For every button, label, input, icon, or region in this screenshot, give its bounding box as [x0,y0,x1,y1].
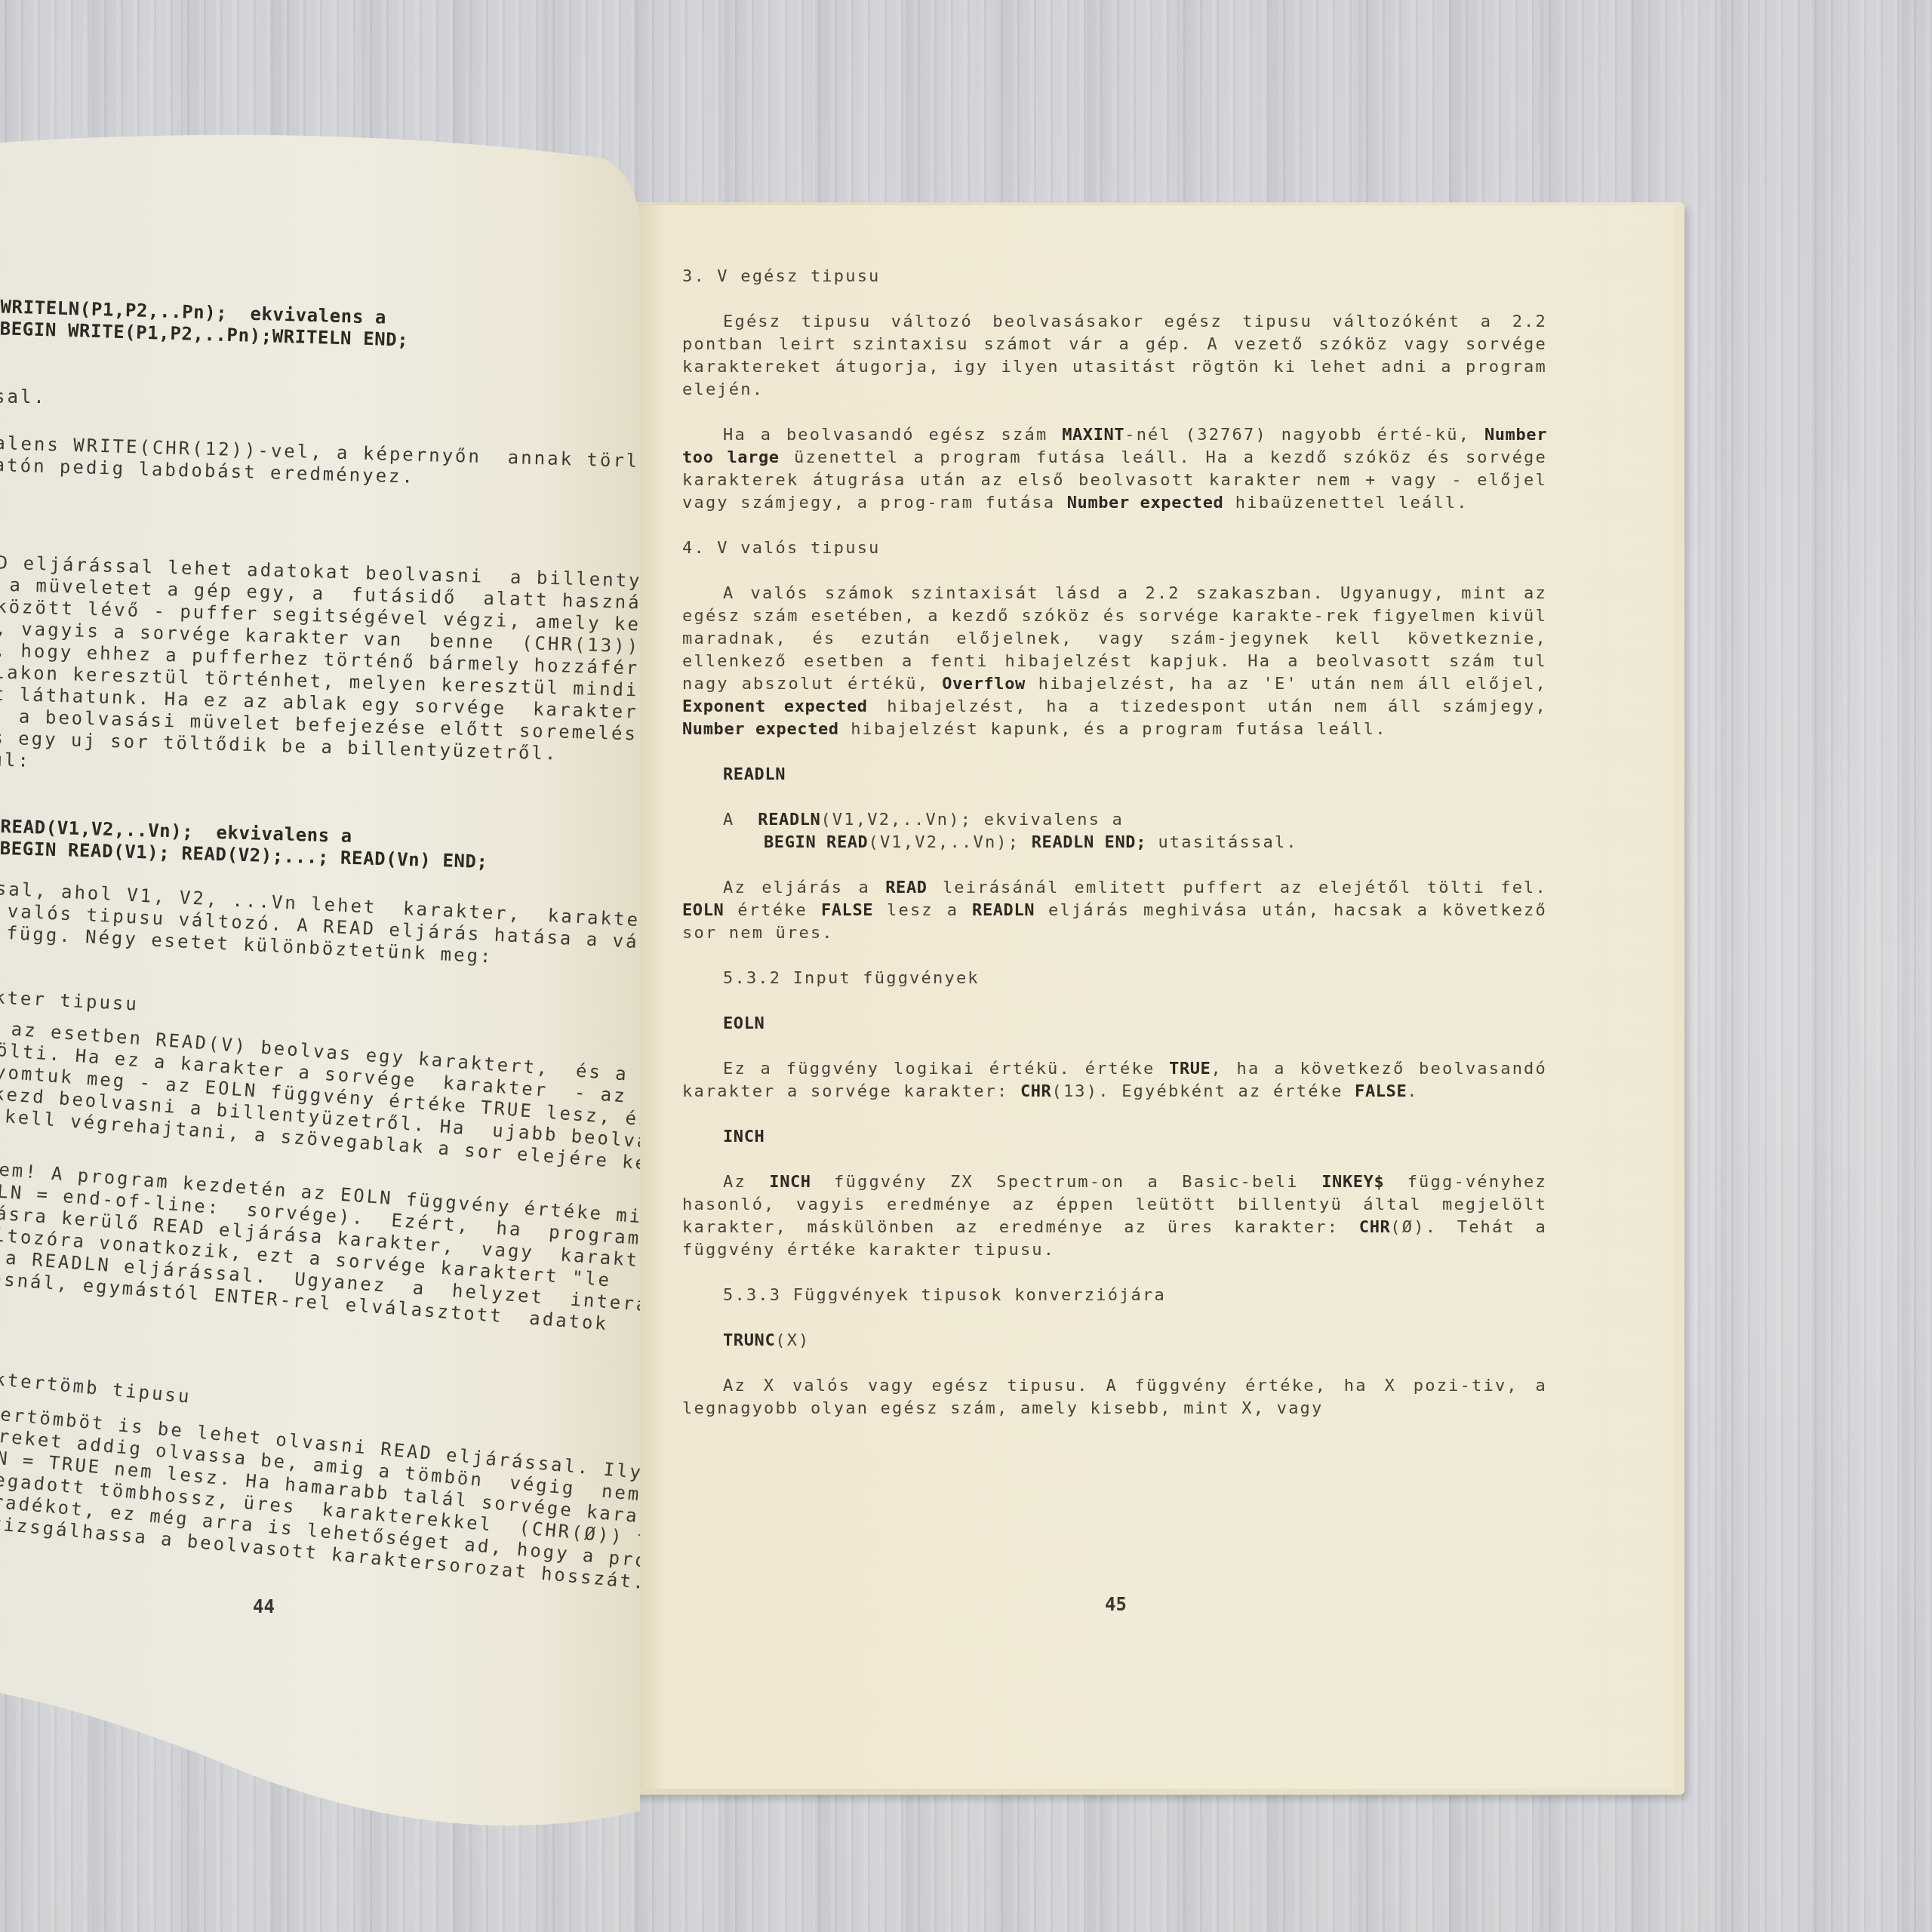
code-line-1: A READLN(V1,V2,..Vn); ekvivalens a [723,809,1547,832]
keyword: TRUE [1169,1060,1211,1078]
text: Az [723,1173,769,1192]
inch-heading: INCH [682,1126,1547,1149]
readln-heading: READLN [682,764,1547,786]
left-block-read-intro: D eljárással lehet adatokat beolvasni a … [0,552,640,790]
text: lesz a [873,901,972,920]
text: (X) [775,1331,810,1350]
left-block-sal: sal. [0,386,47,408]
text: értéke [724,901,820,920]
keyword: CHR [1359,1218,1391,1237]
keyword: INKEY$ [1321,1173,1384,1192]
readln-paragraph: Az eljárás a READ leirásánál emlitett pu… [682,877,1547,945]
readln-code-block: A READLN(V1,V2,..Vn); ekvivalens a BEGIN… [723,809,1547,854]
text: hibajelzést, ha az 'E' után nem áll előj… [1026,675,1547,694]
right-page: 3. V egész tipusu Egész tipusu változó b… [622,205,1674,1789]
left-block-write-chr12: alens WRITE(CHR(12))-vel, a képernyőn an… [0,432,640,494]
section-4-paragraph: A valós számok szintaxisát lásd a 2.2 sz… [682,583,1547,741]
right-page-content: 3. V egész tipusu Egész tipusu változó b… [682,266,1547,1443]
section-3-paragraph-1: Egész tipusu változó beolvasásakor egész… [682,311,1547,401]
left-block-eoln-note: em! A program kezdetén az EOLN függvény … [0,1159,640,1340]
keyword-maxint: MAXINT [1062,426,1124,445]
text: . [1407,1082,1418,1101]
keyword: INCH [769,1173,811,1192]
left-heading-karaktertomb-tipusu: ktertömb tipusu [0,1368,192,1408]
inch-paragraph: Az INCH függvény ZX Spectrum-on a Basic-… [682,1171,1547,1262]
text: A [723,811,758,829]
text: utasitással. [1146,833,1298,852]
text: függvény ZX Spectrum-on a Basic-beli [811,1173,1322,1192]
text-line: ktertömb tipusu [0,1368,192,1408]
text: -nél (32767) nagyobb érté-kü, [1124,426,1484,445]
left-heading-karakter-tipusu: kter tipusu [0,986,140,1015]
left-block-writeln-code: WRITELN(P1,P2,..Pn); ekvivalens a BEGIN … [0,296,409,351]
section-5-3-2-heading: 5.3.2 Input függvények [682,968,1547,990]
section-3-paragraph-2: Ha a beolvasandó egész szám MAXINT-nél (… [682,424,1547,515]
error-overflow: Overflow [942,675,1026,694]
keyword: FALSE [1355,1082,1407,1101]
trunc-heading: TRUNC(X) [682,1330,1547,1352]
keyword: FALSE [821,901,873,920]
eoln-paragraph: Ez a függvény logikai értékü. értéke TRU… [682,1058,1547,1103]
trunc-paragraph: Az X valós vagy egész tipusu. A függvény… [682,1375,1547,1420]
error-number-expected: Number expected [682,720,839,739]
keyword: READ [885,878,927,897]
error-exponent-expected: Exponent expected [682,697,868,716]
keyword: EOLN [682,901,724,920]
left-block-karaktertomb: ertömböt is be lehet olvasni READ eljárá… [0,1404,640,1595]
section-5-3-3-heading: 5.3.3 Függvények tipusok konverziójára [682,1284,1547,1307]
section-3-heading: 3. V egész tipusu [682,266,1547,288]
keyword: TRUNC [723,1331,775,1350]
text: hibaüzenettel leáll. [1223,494,1468,512]
page-number-44: 44 [253,1596,275,1617]
left-block-read-vars: sal, ahol V1, V2, ...Vn lehet karakter, … [0,878,640,976]
keyword: READLN [972,901,1035,920]
text: Ha a beolvasandó egész szám [723,426,1062,445]
code-line-2: BEGIN READ(V1,V2,..Vn); READLN END; utas… [723,832,1547,854]
text-line: sal. [0,386,47,408]
text: (V1,V2,..Vn); ekvivalens a [820,811,1124,829]
keyword: BEGIN READ [764,833,868,852]
text: Ez a függvény logikai értékü. értéke [723,1060,1169,1078]
page-number-45: 45 [1105,1594,1127,1615]
text: (13). Egyébként az értéke [1051,1082,1355,1101]
text: (V1,V2,..Vn); [868,833,1031,852]
text: hibajelzést kapunk, és a program futása … [839,720,1387,739]
left-block-karakter: az esetben READ(V) beolvas egy karaktert… [0,1017,640,1175]
section-4-heading: 4. V valós tipusu [682,537,1547,560]
keyword: READLN [758,811,820,829]
left-block-read-code: READ(V1,V2,..Vn); ekvivalens a BEGIN REA… [0,816,489,873]
left-page: WRITELN(P1,P2,..Pn); ekvivalens a BEGIN … [0,113,640,1834]
keyword: READLN END; [1032,833,1146,852]
text: Az eljárás a [723,878,885,897]
text: leirásánál emlitett puffert az elejétől … [928,878,1547,897]
keyword: CHR [1020,1082,1052,1101]
error-number-expected: Number expected [1067,494,1224,512]
text: hibajelzést, ha a tizedespont után nem á… [868,697,1547,716]
eoln-heading: EOLN [682,1013,1547,1035]
text-line: kter tipusu [0,986,140,1015]
